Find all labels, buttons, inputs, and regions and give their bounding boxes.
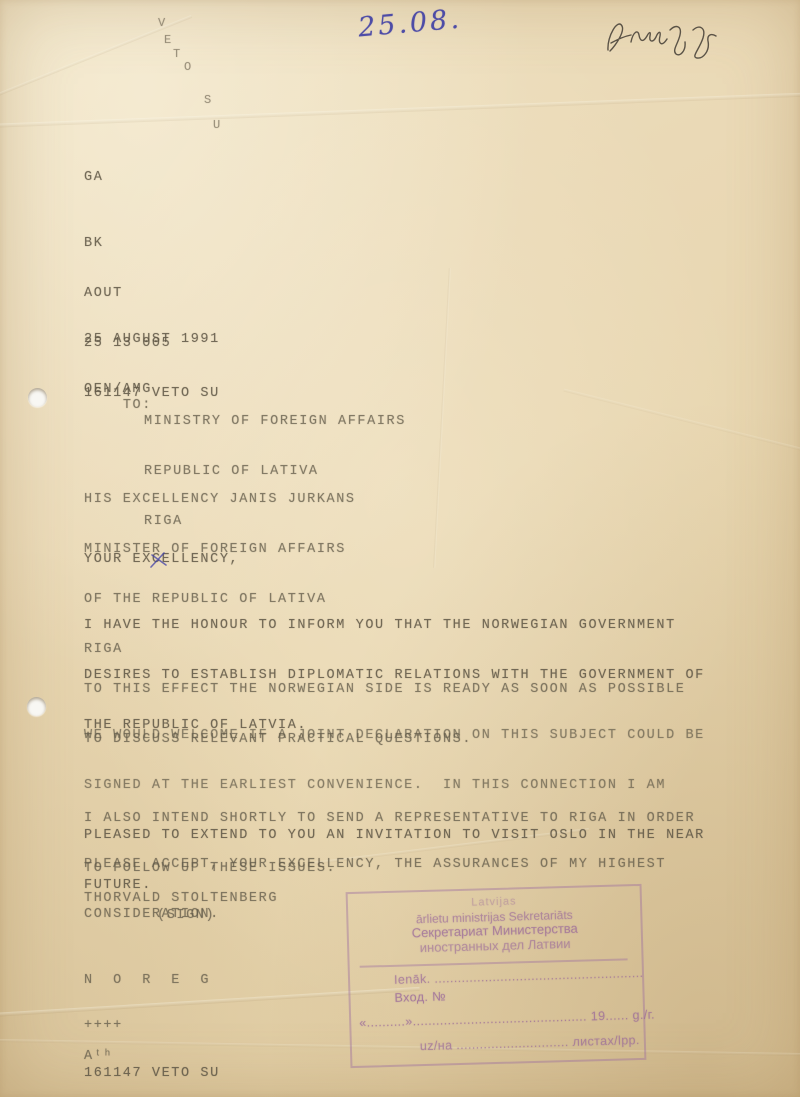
stamp-organization: Latvijas ārlietu ministrijas Sekretariāt… [348,891,642,957]
body-line: I HAVE THE HONOUR TO INFORM YOU THAT THE… [84,618,705,635]
paper-crease [563,389,800,455]
recipient-line: MINISTRY OF FOREIGN AFFAIRS [144,414,406,431]
punch-hole [27,697,46,716]
handwritten-date-annotation: 25.08. [357,4,463,44]
registry-stamp: Latvijas ārlietu ministrijas Sekretariāt… [346,884,647,1068]
paper-crease [0,92,800,129]
faint-typed-letter: E [164,33,171,47]
stamp-divider [360,958,628,967]
footer-answerback: 161147 VETO SU [84,1066,220,1083]
faint-typed-letter: V [158,16,165,30]
stamp-date-field: «..........»............................… [359,1008,655,1030]
stamp-incoming-number-field-lv: Ienāk. .................................… [394,966,644,987]
stamp-incoming-number-field-ru: Вход. № [394,989,446,1004]
telex-date-line: 25 AUGUST 1991 [84,332,220,349]
addressee-line: HIS EXCELLENCY JANIS JURKANS [84,492,356,509]
sign-note: (SIGN) [157,908,215,925]
telex-go-ahead-code: GA [84,170,103,187]
signatory-name: THORVALD STOLTENBERG [84,891,278,908]
end-of-message-marks: ++++ [84,1018,123,1035]
body-line: WE WOULD WELCOME IF A JOINT DECLARATION … [84,728,705,745]
faint-typed-letter: U [213,118,220,132]
body-line: PLEASE ACCEPT, YOUR EXCELLENCY, THE ASSU… [84,857,666,874]
recipient-block: TO: MINISTRY OF FOREIGN AFFAIRS REPUBLIC… [84,381,152,447]
stamp-sheets-field: uz/на ............................. лист… [420,1033,640,1053]
footer-code: Aᵗʰ [84,1049,113,1066]
country-code: N O R E G [84,973,210,990]
telex-document-page: 25.08. V E T O S U GA BK AOUT 25 13 005 … [0,0,800,1097]
punch-hole [28,388,47,407]
faint-typed-letter: O [184,60,191,74]
telex-break-code: BK [84,236,220,253]
faint-typed-letter: T [173,47,180,61]
faint-typed-letter: S [204,93,211,107]
paper-crease [433,268,451,568]
pen-check-mark [148,550,170,570]
signature-scribble [598,10,728,62]
